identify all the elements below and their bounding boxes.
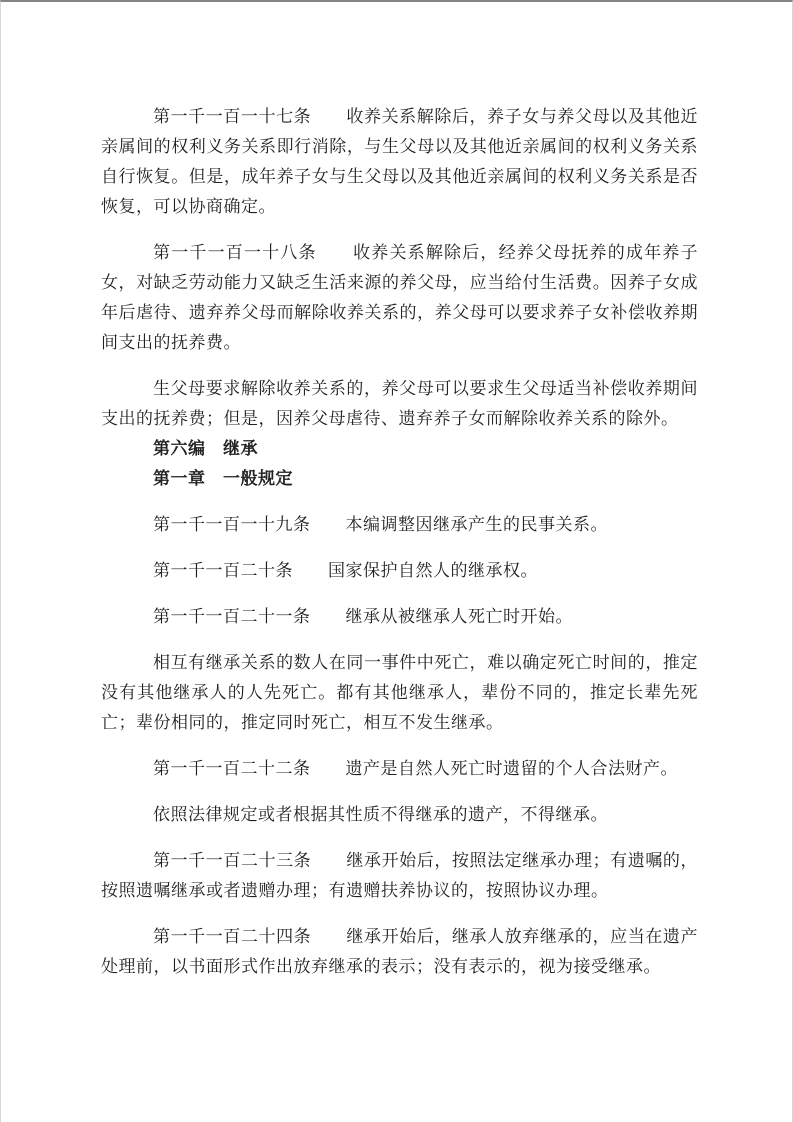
paragraph: 第一千一百一十七条 收养关系解除后，养子女与养父母以及其他近亲属间的权利义务关系… <box>101 102 698 222</box>
paragraph: 第一千一百二十一条 继承从被继承人死亡时开始。 <box>101 602 698 632</box>
paragraph: 第一千一百一十八条 收养关系解除后，经养父母抚养的成年养子女，对缺乏劳动能力又缺… <box>101 238 698 358</box>
section-heading: 第六编 继承 <box>101 434 698 464</box>
paragraph: 第一千一百一十九条 本编调整因继承产生的民事关系。 <box>101 510 698 540</box>
section-heading: 第一章 一般规定 <box>101 464 698 494</box>
paragraph: 第一千一百二十三条 继承开始后，按照法定继承办理；有遗嘱的，按照遗嘱继承或者遗赠… <box>101 846 698 906</box>
paragraph: 生父母要求解除收养关系的，养父母可以要求生父母适当补偿收养期间支出的抚养费；但是… <box>101 374 698 434</box>
paragraph: 相互有继承关系的数人在同一事件中死亡，难以确定死亡时间的，推定没有其他继承人的人… <box>101 648 698 738</box>
document-body: 第一千一百一十七条 收养关系解除后，养子女与养父母以及其他近亲属间的权利义务关系… <box>101 102 698 998</box>
paragraph: 第一千一百二十二条 遗产是自然人死亡时遗留的个人合法财产。 <box>101 754 698 784</box>
paragraph: 依照法律规定或者根据其性质不得继承的遗产，不得继承。 <box>101 800 698 830</box>
paragraph: 第一千一百二十四条 继承开始后，继承人放弃继承的，应当在遗产处理前，以书面形式作… <box>101 922 698 982</box>
paragraph: 第一千一百二十条 国家保护自然人的继承权。 <box>101 556 698 586</box>
document-page: 第一千一百一十七条 收养关系解除后，养子女与养父母以及其他近亲属间的权利义务关系… <box>0 0 793 1122</box>
